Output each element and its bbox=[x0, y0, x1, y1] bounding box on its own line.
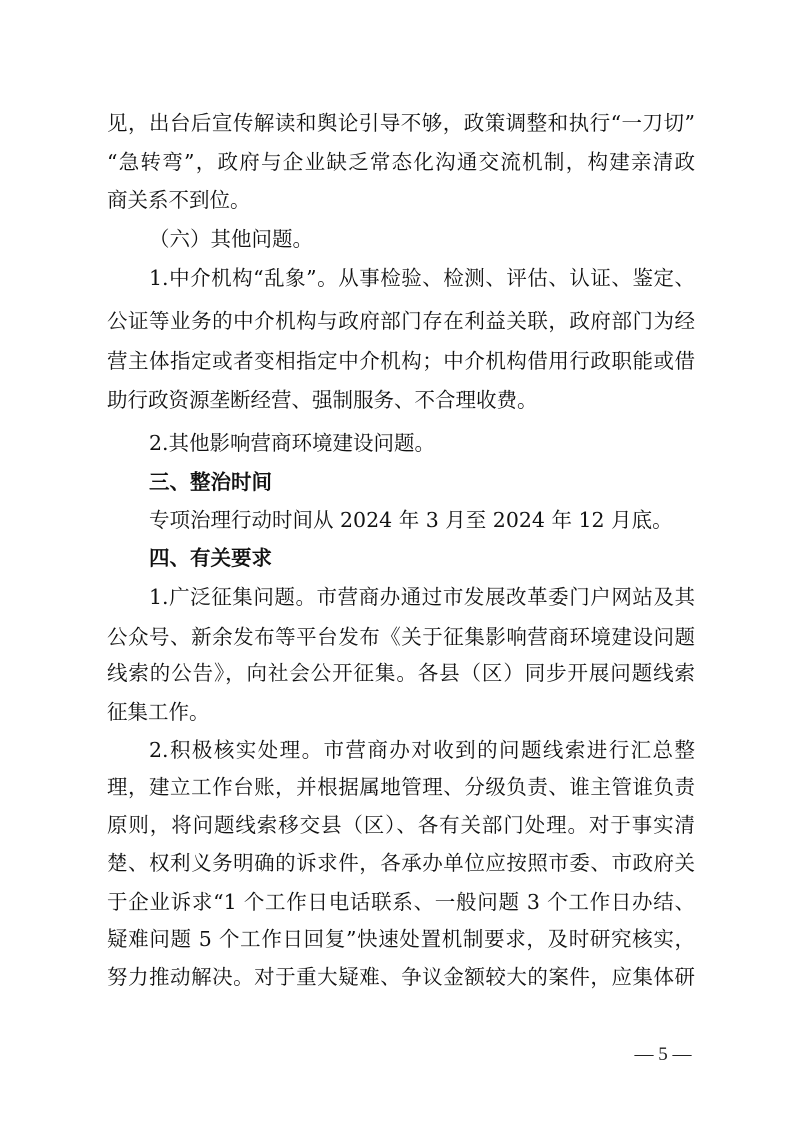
section-heading: 三、整治时间 bbox=[149, 467, 695, 497]
body-line: 专项治理行动时间从 2024 年 3 月至 2024 年 12 月底。 bbox=[149, 505, 695, 535]
body-line: 公证等业务的中介机构与政府部门存在利益关联，政府部门为经 bbox=[107, 306, 695, 336]
body-line: 2.其他影响营商环境建设问题。 bbox=[149, 428, 695, 458]
body-line: 疑难问题 5 个工作日回复”快速处置机制要求，及时研究核实， bbox=[107, 924, 695, 954]
subsection-heading: （六）其他问题。 bbox=[149, 224, 695, 254]
body-line: 理，建立工作台账，并根据属地管理、分级负责、谁主管谁负责 bbox=[107, 772, 695, 802]
body-line: 于企业诉求“1 个工作日电话联系、一般问题 3 个工作日办结、 bbox=[107, 887, 695, 917]
document-page: 见，出台后宣传解读和舆论引导不够，政策调整和执行“一刀切” “急转弯”，政府与企… bbox=[0, 0, 794, 1123]
body-line: 1.广泛征集问题。市营商办通过市发展改革委门户网站及其 bbox=[149, 582, 695, 612]
body-line: “急转弯”，政府与企业缺乏常态化沟通交流机制，构建亲清政 bbox=[107, 147, 695, 177]
body-line: 楚、权利义务明确的诉求件，各承办单位应按照市委、市政府关 bbox=[107, 848, 695, 878]
section-heading: 四、有关要求 bbox=[149, 543, 695, 573]
body-line: 2.积极核实处理。市营商办对收到的问题线索进行汇总整 bbox=[149, 735, 695, 765]
body-line: 努力推动解决。对于重大疑难、争议金额较大的案件，应集体研 bbox=[107, 962, 695, 992]
body-line: 助行政资源垄断经营、强制服务、不合理收费。 bbox=[107, 385, 695, 415]
body-line: 见，出台后宣传解读和舆论引导不够，政策调整和执行“一刀切” bbox=[107, 108, 695, 138]
body-line: 商关系不到位。 bbox=[107, 185, 695, 215]
body-line: 公众号、新余发布等平台发布《关于征集影响营商环境建设问题 bbox=[107, 622, 695, 652]
body-line: 线索的公告》，向社会公开征集。各县（区）同步开展问题线索 bbox=[107, 658, 695, 688]
body-line: 营主体指定或者变相指定中介机构；中介机构借用行政职能或借 bbox=[107, 346, 695, 376]
page-number: — 5 — bbox=[628, 1042, 698, 1068]
body-line: 征集工作。 bbox=[107, 697, 695, 727]
body-line: 1.中介机构“乱象”。从事检验、检测、评估、认证、鉴定、 bbox=[149, 263, 695, 293]
body-line: 原则，将问题线索移交县（区）、各有关部门处理。对于事实清 bbox=[107, 810, 695, 840]
